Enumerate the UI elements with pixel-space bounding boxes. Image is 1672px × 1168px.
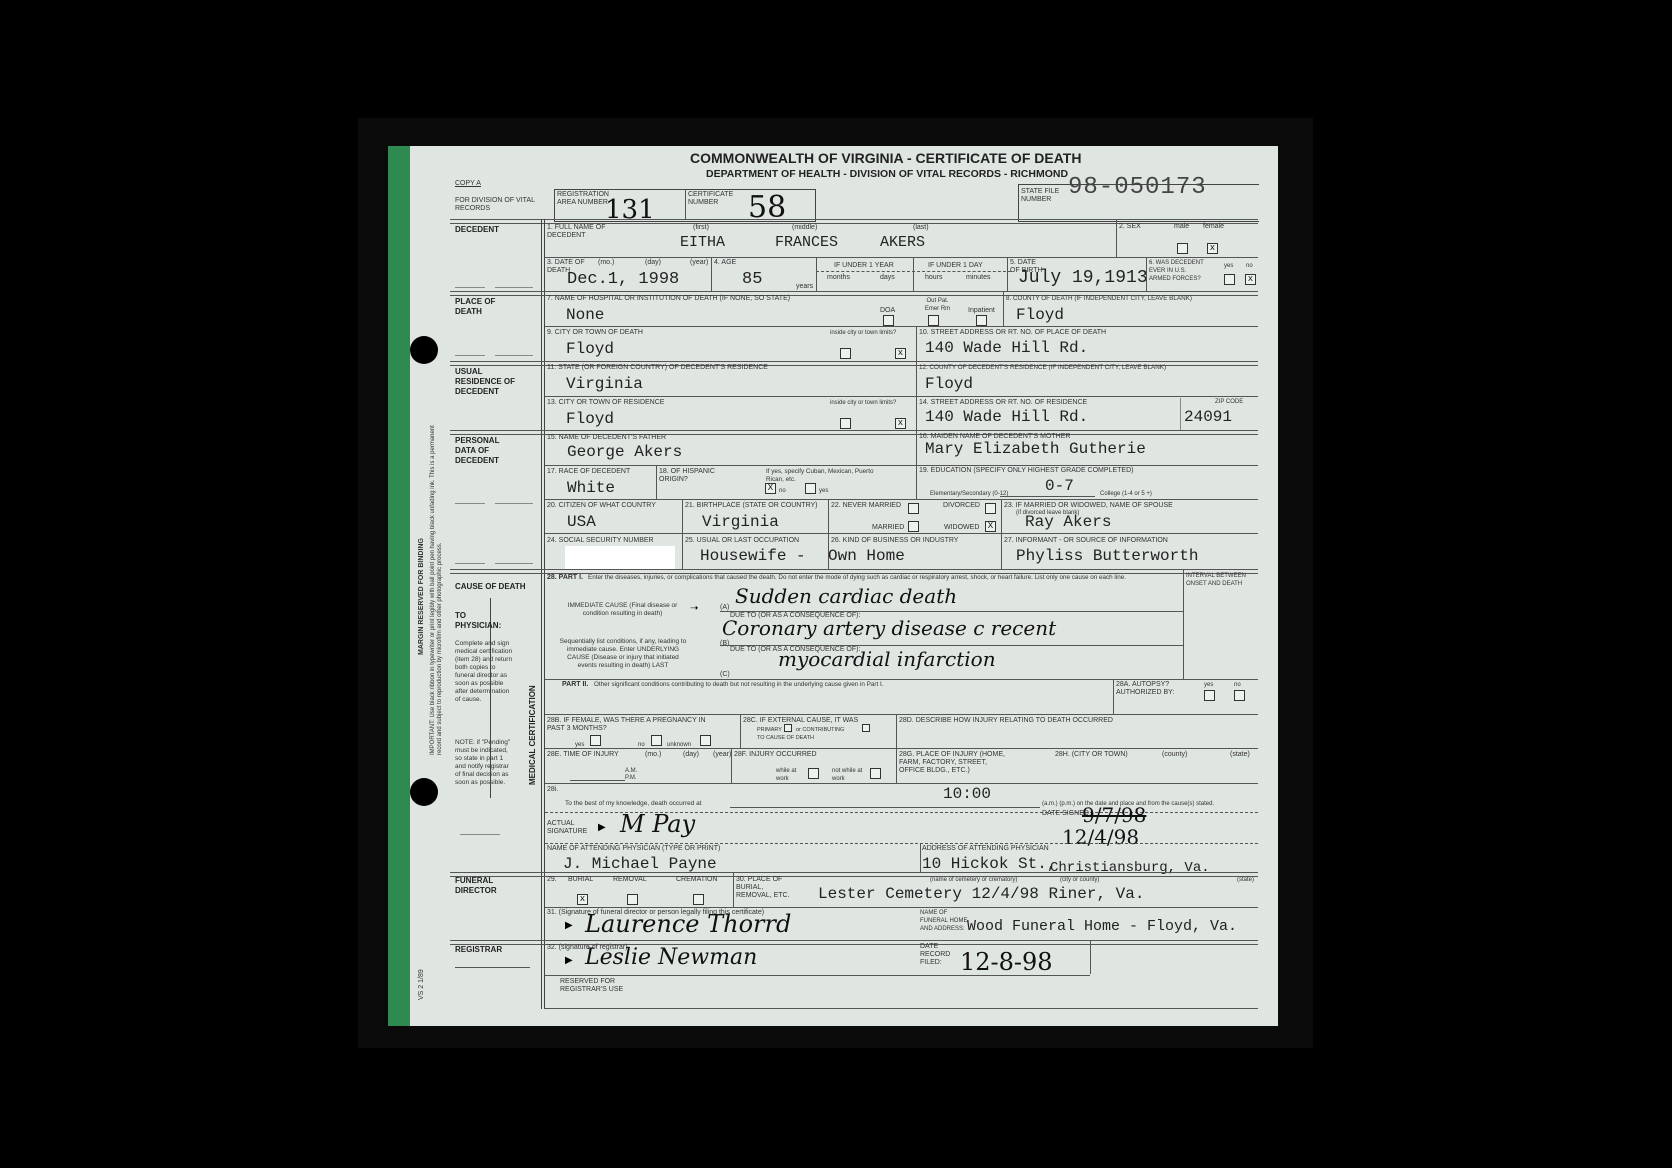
certificate-number-label: CERTIFICATE NUMBER [688, 191, 748, 207]
inside-limits-label: inside city or town limits? [830, 329, 896, 337]
hispanic-yes-label: yes [819, 487, 828, 495]
part1-instructions: Enter the diseases, injuries, or complic… [588, 574, 1128, 582]
divorced-label: DIVORCED [943, 502, 980, 510]
injury-occurred-label: 28f. INJURY OCCURRED [734, 751, 817, 759]
cemetery-sub-label: (name of cemetery or crematory) [930, 876, 1017, 884]
copy-label: COPY A [455, 180, 481, 188]
widowed-label: WIDOWED [944, 524, 979, 532]
armed-yes-label: yes [1224, 262, 1233, 270]
disposition-label: 29. [547, 876, 557, 884]
residence-county-value: Floyd [925, 375, 973, 393]
to-cause-label: TO CAUSE OF DEATH [757, 734, 814, 742]
registrar-signature: Leslie Newman [585, 945, 757, 970]
physician-signature: M Pay [620, 810, 695, 838]
cause-line-a: Sudden cardiac death [735, 584, 957, 608]
birthplace-value: Virginia [702, 513, 779, 531]
to-physician-label: TO PHYSICIAN: [455, 611, 495, 631]
hispanic-no-label: no [779, 487, 786, 495]
section-personal-data: PERSONAL DATA OF DECEDENT [455, 436, 515, 466]
certificate-title: COMMONWEALTH OF VIRGINIA - CERTIFICATE O… [690, 150, 1081, 166]
residence-city-label: 13. CITY OR TOWN OF RESIDENCE [547, 399, 664, 407]
city-of-death-value: Floyd [566, 340, 614, 358]
hispanic-yes-checkbox[interactable] [805, 483, 816, 494]
hispanic-label: 18. OF HISPANIC ORIGIN? [659, 468, 734, 484]
for-division-label: FOR DIVISION OF VITAL RECORDS [455, 197, 535, 213]
pm-label: P.M. [625, 774, 637, 782]
race-label: 17. RACE OF DECEDENT [547, 468, 630, 476]
doa-checkbox[interactable] [883, 315, 894, 326]
occupation-value: Housewife - [700, 547, 806, 565]
primary-checkbox[interactable] [784, 724, 792, 732]
time-of-injury-label: 28e. TIME OF INJURY [547, 751, 619, 759]
part2-instructions: Other significant conditions contributin… [594, 681, 883, 689]
cause-line-b: Coronary artery disease c recent [722, 616, 1056, 640]
day-label: (day) [645, 259, 661, 267]
zip-value: 24091 [1184, 408, 1232, 426]
age-label: 4. AGE [714, 259, 736, 267]
burial-label: BURIAL [568, 876, 593, 884]
removal-label: REMOVAL [613, 876, 647, 884]
middle-name-label: (middle) [792, 224, 817, 232]
married-checkbox[interactable] [908, 521, 919, 532]
ssn-label: 24. SOCIAL SECURITY NUMBER [547, 537, 654, 545]
section-usual-residence: USUAL RESIDENCE OF DECEDENT [455, 367, 525, 397]
date-signed-struck: 9/7/98 [1082, 803, 1146, 827]
physician-note: Complete and sign medical certification … [455, 640, 513, 704]
while-at-work-label: while at work [776, 767, 806, 783]
state-file-label: STATE FILE NUMBER [1021, 188, 1061, 204]
inside-limits-no-checkbox[interactable]: x [895, 348, 906, 359]
removal-checkbox[interactable] [627, 894, 638, 905]
pending-note: NOTE: if "Pending" must be indicated, so… [455, 739, 513, 787]
medical-certification-label: MEDICAL CERTIFICATION [528, 685, 538, 785]
signature-arrow-icon: ▶ [565, 955, 573, 966]
outpat-label: Out Pat. Emer Rm [920, 297, 955, 313]
certificate-subtitle: DEPARTMENT OF HEALTH - DIVISION OF VITAL… [706, 168, 1068, 180]
burial-checkbox[interactable]: x [577, 894, 588, 905]
state-file-number: 98-050173 [1068, 174, 1207, 201]
injury-mo-label: (mo.) [645, 751, 661, 759]
section-place-of-death: PLACE OF DEATH [455, 297, 515, 317]
time-of-death-value: 10:00 [943, 785, 991, 803]
first-name-value: EITHA [680, 234, 725, 251]
knowledge-statement: To the best of my knowledge, death occur… [565, 800, 702, 808]
doa-label: DOA [880, 307, 895, 315]
occupation-label: 25. USUAL OR LAST OCCUPATION [685, 537, 799, 545]
physician-name-label: NAME OF ATTENDING PHYSICIAN (Type or Pri… [547, 845, 720, 853]
full-name-label: 1. FULL NAME OF DECEDENT [547, 224, 607, 240]
armed-forces-no-checkbox[interactable]: x [1245, 274, 1256, 285]
residence-inside-no-checkbox[interactable]: x [895, 418, 906, 429]
street-of-death-value: 140 Wade Hill Rd. [925, 339, 1088, 357]
place-of-injury-label: 28g. PLACE OF INJURY (home, farm, factor… [899, 751, 1009, 775]
zip-label: ZIP CODE [1215, 398, 1243, 406]
never-married-label: 22. NEVER MARRIED [831, 502, 901, 510]
arrow-right-icon: ➝ [690, 603, 698, 614]
section-funeral-director: FUNERAL DIRECTOR [455, 876, 505, 896]
days-label: days [880, 274, 895, 282]
residence-state-value: Virginia [566, 375, 643, 393]
contributing-label: or CONTRIBUTING [796, 726, 844, 734]
residence-inside-yes-checkbox[interactable] [840, 418, 851, 429]
autopsy-yes-label: yes [1204, 681, 1213, 689]
married-label: MARRIED [872, 524, 904, 532]
hospital-value: None [566, 306, 604, 324]
dob-value: July 19,1913 [1018, 268, 1148, 288]
sex-label: 2. SEX [1119, 223, 1141, 231]
city-sub-label: (city or county) [1060, 876, 1099, 884]
informant-label: 27. INFORMANT - OR SOURCE OF INFORMATION [1004, 537, 1168, 545]
male-label: male [1174, 223, 1189, 231]
autopsy-no-checkbox[interactable] [1234, 690, 1245, 701]
ssn-redacted [565, 546, 675, 570]
under-1-day-label: IF UNDER 1 DAY [928, 262, 983, 270]
armed-forces-yes-checkbox[interactable] [1224, 274, 1235, 285]
injury-state-label: (state) [1230, 751, 1250, 759]
signature-arrow-icon: ▶ [598, 822, 606, 833]
primary-label: PRIMARY [757, 726, 782, 734]
part2-label: PART II. [562, 681, 588, 689]
contributing-checkbox[interactable] [862, 724, 870, 732]
hispanic-sub-label: If yes, specify Cuban, Mexican, Puerto R… [766, 468, 886, 484]
middle-name-value: FRANCES [775, 234, 838, 251]
certification-item-label: 28i. [547, 786, 558, 794]
important-text: IMPORTANT: Use black ribbon in typewrite… [430, 415, 444, 755]
residence-inside-limits-label: inside city or town limits? [830, 399, 896, 407]
spouse-value: Ray Akers [1025, 513, 1111, 531]
widowed-checkbox[interactable]: X [985, 521, 996, 532]
outpat-checkbox[interactable] [928, 315, 939, 326]
residence-city-value: Floyd [566, 410, 614, 428]
physician-name-value: J. Michael Payne [563, 855, 717, 873]
form-number: VS 2 1/89 [418, 969, 426, 1000]
punch-hole [410, 336, 438, 364]
autopsy-yes-checkbox[interactable] [1204, 690, 1215, 701]
first-name-label: (first) [693, 224, 709, 232]
mother-value: Mary Elizabeth Gutherie [925, 440, 1146, 458]
residence-street-label: 14. STREET ADDRESS OR RT. NO. OF RESIDEN… [919, 399, 1087, 407]
hospital-label: 7. NAME OF HOSPITAL OR INSTITUTION OF DE… [547, 295, 790, 303]
mo-label: (mo.) [598, 259, 614, 267]
inpatient-label: Inpatient [968, 307, 995, 315]
county-of-death-value: Floyd [1016, 306, 1064, 324]
not-while-at-work-label: not while at work [832, 767, 868, 783]
informant-value: Phyliss Butterworth [1016, 547, 1198, 565]
margin-reserved-text: MARGIN RESERVED FOR BINDING [418, 538, 426, 655]
county-of-death-label: 8. COUNTY OF DEATH (if independent city,… [1006, 295, 1192, 303]
last-name-label: (last) [913, 224, 929, 232]
reserved-label: RESERVED FOR REGISTRAR'S USE [560, 978, 640, 994]
father-value: George Akers [567, 443, 682, 461]
cremation-checkbox[interactable] [693, 894, 704, 905]
part1-label: 28. PART I. [547, 574, 583, 582]
injury-description-label: 28d. DESCRIBE HOW INJURY RELATING TO DEA… [899, 717, 1113, 725]
funeral-director-signature: Laurence Thorrd [585, 910, 791, 938]
birthplace-label: 21. BIRTHPLACE (state or country) [685, 502, 818, 510]
pregnancy-unknown-checkbox[interactable] [700, 735, 711, 746]
hispanic-no-checkbox[interactable]: X [765, 483, 776, 494]
funeral-home-value: Wood Funeral Home - Floyd, Va. [967, 918, 1237, 935]
physician-address-label: ADDRESS OF ATTENDING PHYSICIAN [922, 845, 1049, 853]
college-label: College (1-4 or 5 +) [1100, 490, 1152, 498]
residence-street-value: 140 Wade Hill Rd. [925, 408, 1088, 426]
age-value: 85 [742, 270, 762, 289]
divorced-checkbox[interactable] [985, 503, 996, 514]
physician-signature-label: ACTUAL SIGNATURE [547, 820, 597, 836]
city-of-death-label: 9. CITY OR TOWN OF DEATH [547, 329, 643, 337]
binding-margin-stripe [388, 146, 410, 1026]
never-married-checkbox[interactable] [908, 503, 919, 514]
injury-city-label: 28h. (city or town) [1055, 751, 1128, 759]
autopsy-no-label: no [1234, 681, 1241, 689]
section-registrar: REGISTRAR [455, 945, 502, 955]
business-label: 26. KIND OF BUSINESS OR INDUSTRY [831, 537, 958, 545]
inside-limits-yes-checkbox[interactable] [840, 348, 851, 359]
signature-arrow-icon: ▶ [565, 920, 573, 931]
section-cause-of-death: CAUSE OF DEATH [455, 582, 526, 592]
residence-state-label: 11. STATE (OR FOREIGN COUNTRY) OF DECEDE… [547, 364, 768, 372]
minutes-label: minutes [966, 274, 991, 282]
months-label: months [827, 274, 850, 282]
date-signed-value: 12/4/98 [1062, 825, 1139, 849]
race-value: White [567, 479, 615, 497]
elementary-label: Elementary/Secondary (0-12) [930, 490, 1008, 498]
father-label: 15. NAME OF DECEDENT'S FATHER [547, 434, 666, 442]
pregnancy-yes-checkbox[interactable] [590, 735, 601, 746]
burial-place-label: 30. PLACE OF BURIAL, REMOVAL, ETC. [736, 876, 796, 900]
sequential-label: Sequentially list conditions, if any, le… [558, 638, 688, 670]
sex-male-checkbox[interactable] [1177, 243, 1188, 254]
street-of-death-label: 10. STREET ADDRESS OR RT. NO. OF PLACE O… [919, 329, 1106, 337]
immediate-cause-label: IMMEDIATE CAUSE (Final disease or condit… [560, 602, 685, 618]
education-label: 19. EDUCATION (Specify only highest grad… [919, 467, 1133, 475]
armed-no-label: no [1246, 262, 1253, 270]
burial-place-value: Lester Cemetery 12/4/98 Riner, Va. [818, 885, 1144, 903]
education-value: 0-7 [1045, 477, 1074, 495]
cremation-label: CREMATION [676, 876, 717, 884]
pregnancy-no-checkbox[interactable] [651, 735, 662, 746]
while-at-work-checkbox[interactable] [808, 768, 819, 779]
cause-line-c: myocardial infarction [778, 647, 996, 671]
funeral-home-label: NAME OF FUNERAL HOME AND ADDRESS: [920, 909, 970, 933]
under-1-year-label: IF UNDER 1 YEAR [834, 262, 894, 270]
injury-day-label: (day) [683, 751, 699, 759]
autopsy-label: 28a. AUTOPSY? AUTHORIZED BY: [1116, 681, 1176, 697]
physician-address-value: 10 Hickok St., [922, 855, 1056, 873]
hours-label: hours [925, 274, 943, 282]
external-cause-label: 28c. IF EXTERNAL CAUSE, IT WAS [743, 717, 858, 725]
year-label: (year) [690, 259, 708, 267]
punch-hole [410, 778, 438, 806]
female-label: female [1203, 223, 1224, 231]
sex-female-checkbox[interactable]: x [1207, 243, 1218, 254]
state-sub-label: (state) [1237, 876, 1254, 884]
interval-label: INTERVAL BETWEEN ONSET AND DEATH [1186, 572, 1256, 588]
pregnancy-label: 28b. IF FEMALE, WAS THERE A PREGNANCY IN… [547, 717, 707, 733]
citizen-label: 20. CITIZEN OF WHAT COUNTRY [547, 502, 656, 510]
citizen-value: USA [567, 513, 596, 531]
not-while-at-work-checkbox[interactable] [870, 768, 881, 779]
last-name-value: AKERS [880, 234, 925, 251]
inpatient-checkbox[interactable] [976, 315, 987, 326]
date-filed-value: 12-8-98 [960, 948, 1053, 976]
armed-forces-label: 6. WAS DECEDENT EVER IN U.S. ARMED FORCE… [1149, 259, 1207, 283]
date-of-death-value: Dec.1, 1998 [567, 270, 679, 289]
residence-county-label: 12. COUNTY OF DECEDENT'S RESIDENCE (if i… [919, 364, 1166, 372]
injury-year-label: (year) [713, 751, 731, 759]
years-label: years [796, 283, 813, 291]
section-decedent: DECEDENT [455, 225, 499, 235]
business-value: Own Home [828, 547, 905, 565]
injury-county-label: (county) [1162, 751, 1187, 759]
